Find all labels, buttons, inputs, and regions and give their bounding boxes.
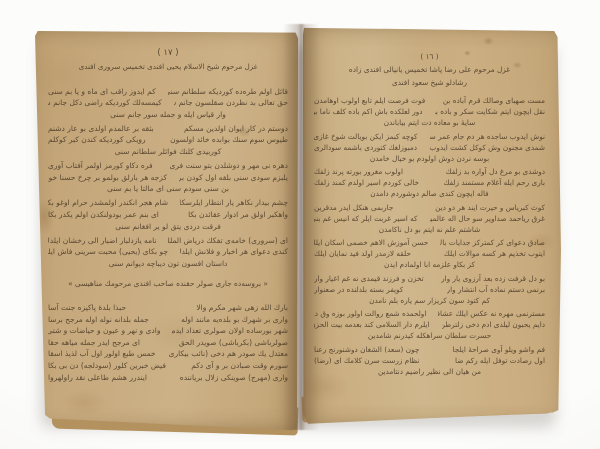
tahmis-stanza: کوث کبریاس و حیرت ایند هر دو دینجاربمی ه… [314,202,545,235]
verse-center-line: من هیان الی نظیر راضیم دنتامدین [314,366,545,377]
hemistich: شمدی مجنون وش کوکل کشت ایدوب مجازی [430,142,546,153]
tahmis-stanza: چشم بیدار نکاهر یار انتظار ایلرسکاشام هج… [48,197,288,232]
hemistich: جمله بلدانه نوله اوله مرجح برسا [48,314,149,326]
verse-center-line: داستان افسون تون دیباچه دیوانم سنی [48,258,288,270]
hemistich: کندی دعوای هر اخبار و فلانش ایلدك [180,246,288,258]
verse-couplet: برنمی دستم نماده آب انتشار وارکویفر بسته… [314,284,545,295]
hemistich: ای بنم عمر بودولنکدن اولم یکدر بکا [48,209,159,221]
poem-header-right-line1: غزل مرحوم علی رضا پاشا تخمیس یانیالی افن… [314,64,545,75]
verse-center-line: بوسه نردن دوش اولودم بو خیال خامدن [314,153,545,164]
verse-couplet: دهره نی مهر و دوشلدن بتو سنت فریفره دکاو… [48,160,288,172]
hemistich: دوستم در کار ایوان اولدین مسکم [184,123,288,135]
poem-header-left: غزل مرحوم شیخ الاسلام یحیی افندی تخمیس س… [48,61,288,73]
hemistich: شام هجر انکندر اولمشدر حرام اوغو بکا [48,197,168,209]
verse-couplet: مست صهبای وصالك قرم آباده بنفوت فرصت ایل… [314,95,545,106]
verse-couplet: مسترنمی مهره نه عکس ایلك عشاقدناولحمده ش… [314,308,545,319]
verse-couplet: صولرباشی (بکرباشی) صویدر الحقای مرجح اید… [48,337,288,349]
verse-couplet: طیوس سوم سنك بوابده خائد اولسون تمرویکی … [48,134,288,146]
verse-couplet: دوستم در کار ایوان اولدین مسکمبثقه بر عا… [48,123,288,135]
hemistich: بو دل قرفت زده بعد آرزوی یار وار [441,273,545,284]
verse-center-line: شاشتم علم نه ایتم بو دل ناکامدن [314,224,545,235]
hemistich: اولوب مغرور بورته پرند زلفك [314,166,403,177]
verse-couplet: بارك الله زهی شهر مکرم والاحبذا بلدهٔ پا… [48,302,288,314]
hemistich: فیض خبرین کلور (سودلجه) دن بی بکا [48,360,166,372]
hemistich: تخزن و فرزند قیمدی نه غم اغیار وار [314,273,424,284]
hemistich: صولرباشی (بکرباشی) صویدر الحق [179,337,288,349]
hemistich: حق تعالی بد نظردن صقلسون جانم سنی [174,97,288,109]
poem-tahmis-ali-riza: مست صهبای وصالك قرم آباده بنفوت فرصت ایل… [314,95,545,377]
hemistich: دور لعلکده باش اکم باده کلف ناما بن [314,106,423,117]
hemistich: نظام زرست سرن کلامك ای (رضا) [314,355,419,366]
verse-couplet: شمدی مجنون وش کوکل کشت ایدوب مجازیدمبوزل… [314,142,545,153]
verse-couplet: واری (مهرج) صوینکی زلال بریانندهایندرر ه… [48,372,288,384]
verse-center-line: وار قیاس ایله و جمله سور جانم سنی [48,109,288,121]
verse-couplet: واری بر شهرك بو بلده‌یه مانند اولهجمله ب… [48,314,288,326]
verse-center-line: بن سنی سودم سنی ای مالتا یا بم سنی [48,183,288,195]
hemistich: فره دکاو کورمز اولمر آفتاب آوری [48,160,153,172]
left-page-text: ( ١٧ ) غزل مرحوم شیخ الاسلام یحیی افندی … [48,27,288,383]
hemistich: کوچه کبمز ایکن بویالت شوخ غازی [314,131,418,142]
hemistich: نوش ایدوب ساجده هر دم جام عمر سازی [430,131,546,142]
hemistich: رویکی کوردیکه کندن کبر کوکلم [48,134,146,146]
tahmis-stanza: مست صهبای وصالك قرم آباده بنفوت فرصت ایل… [314,95,545,128]
hemistich: حلقه لازمدر اولد فید نمایان ایلك [314,248,411,259]
page-number-17: ( ١٧ ) [48,47,288,59]
hemistich: بارك الله زهی شهر مکرم والا [196,302,288,314]
hemistich: ای (سروری) خامه‌ی تفکك دریاض الملك [168,235,288,247]
hemistich: کیمسه‌لك کوردیکه راضی دکل جانم سنی [48,97,162,109]
verse-couplet: ایتوب تخذیم هر کسه موالات ایلكحلقه لازمد… [314,248,545,259]
hemistich: وادی و نهر و عیون و حیاضات و شتی [48,325,160,337]
poem-bursa-waters: بارك الله زهی شهر مکرم والاحبذا بلدهٔ پا… [48,302,288,383]
hemistich: چشم بیدار نکاهر یار انتظار ایلرسکا [180,197,288,209]
hemistich: خمس طبع اولور اول آب لذیذ اسقا [48,348,156,360]
verse-couplet: نقل ایچون ایتم شکایت سکر و باده بندور لع… [314,106,545,117]
verse-couplet: غرق ریاحمد صداویر سو حال اله عالمینکه اس… [314,213,545,224]
hemistich: مسترنمی مهره نه عکس ایلك عشاقدن [438,308,545,319]
hemistich: غرق ریاحمد صداویر سو حال اله عالمین [430,213,546,224]
tahmis-stanza: بو دل قرفت زده بعد آرزوی یار وارتخزن و ف… [314,273,545,306]
hemistich: خالی کوردم اسیر اولدم کمند زلفك [314,177,419,188]
hemistich: ایلرم دار السلامی کند بعدمه بیت الحزن [314,319,430,330]
page-number-16: ( ١٦ ) [314,51,545,62]
verse-center-line: حسرت سلطان سراهکله کیدرنم شامدین [314,330,545,341]
section-divider: « بروسه‌ده جاری صولر حقنده صاحب افندی مر… [48,278,288,290]
hemistich: اولحمده شمع روالت اولور بوزه وق دوزن [314,308,426,319]
tahmis-stanza: نوش ایدوب ساجده هر دم جام عمر سازیکوچه ک… [314,131,545,164]
hemistich: یلبزم سودی سنی بلقه اول کودن بری [179,172,288,184]
hemistich: بثقه بر عالمدم اولدی بو عار دشنم [48,123,154,135]
tahmis-stanza: دوشدی بو مرغ دل آواره بد زلفكاولوب مغرور… [314,166,545,199]
hemistich: شهر بورساده اولان صولری تعداد ایدم [172,325,288,337]
hemistich: کزجه هر بارلق بولمو بر چرخ حسنا خوبی [48,172,167,184]
verse-couplet: قائل اولم طره‌ده کوردیکه سلطانم سنیکم ای… [48,86,288,98]
hemistich: کوث کبریاس و حیرت ایند هر دو دین [435,202,545,213]
verse-center-line: سایهٔ بو معاده دت ایتم بیاباندن [314,117,545,128]
hemistich: حبذا بلدهٔ پاکیزه جنت آسا [48,302,126,314]
hemistich: اول رصادت توفل ایله رکم ضا [455,355,545,366]
hemistich: چون (سعد) الشغان دوشنورنج رعنا [314,344,419,355]
hemistich: واری بر شهرك بو بلده‌یه مانند اوله [181,314,288,326]
verse-couplet: ای (سروری) خامه‌ی تفکك دریاض الملكنامه ی… [48,235,288,247]
verse-couplet: کوث کبریاس و حیرت ایند هر دو دینجاربمی ه… [314,202,545,213]
hemistich: واری (مهرج) صوینکی زلال بریاننده [180,372,288,384]
right-page: ( ١٦ ) غزل مرحوم علی رضا پاشا تخمیس یانی… [299,25,562,427]
verse-center-line: کوربیدی کلنك فوائلر سلطانم سنی [48,146,288,158]
verse-center-line: کم کتود سون کریزار سم یاره بلم نامدن [314,295,545,306]
hemistich: نقل ایچون ایتم شکایت سکر و باده بن [435,106,545,117]
hemistich: کویفر بسته بلدلنده در صعنوار [314,284,403,295]
tahmis-stanza: صادق دعوای کر کمترکز جدایات باكحسن آموزش… [314,237,545,270]
verse-couplet: چشم بیدار نکاهر یار انتظار ایلرسکاشام هج… [48,197,288,209]
hemistich: ایندرر هشم طاعلی نقد راولهروا [48,372,147,384]
hemistich: مست صهبای وصالك قرم آباده بن [443,95,545,106]
hemistich: دمبوزلغك کتوردی باشمه سودالری [314,142,417,153]
verse-couplet: کندی دعوای هر اخبار و فلانش ایلدكچو بکای… [48,246,288,258]
hemistich: سورم وقت صبادن بر و آی دکم [191,360,288,372]
verse-couplet: باری رحم ایله آغلام مستمند زلفكخالی کورد… [314,177,545,188]
verse-couplet: حق تعالی بد نظردن صقلسون جانم سنیکیمسه‌ل… [48,97,288,109]
verse-couplet: معتدل یك صودر هم دخی (نائب بیکاری)خمس طب… [48,348,288,360]
hemistich: ای مرجح ایدر جمله میاهه حقا [48,337,140,349]
verse-center-line: فاله ایچون کندی صالم دوشوردم دامدن [314,188,545,199]
hemistich: ایتوب تخذیم هر کسه موالات ایلك [444,248,545,259]
hemistich: کم ایدوز راقب ای ماه و یا بم سنی [48,86,156,98]
verse-couplet: یلبزم سودی سنی بلقه اول کودن بریکزجه هر … [48,172,288,184]
hemistich: دوشدی بو مرغ دل آواره بد زلفك [446,166,545,177]
hemistich: جاربمی هنکل ایدر مدقرین [314,202,393,213]
verse-couplet: دوشدی بو مرغ دل آواره بد زلفكاولوب مغرور… [314,166,545,177]
verse-couplet: اول رصادت توفل ایله رکم ضانظام زرست سرن … [314,355,545,366]
verse-couplet: واهکبر اولق مر ادوار عقائدن بکاای بنم عم… [48,209,288,221]
hemistich: حسن آموزش الاهم خصمی اسکان ایلك [314,237,428,248]
tahmis-stanza: دهره نی مهر و دوشلدن بتو سنت فریفره دکاو… [48,160,288,195]
hemistich: برنمی دستم نماده آب انتشار وار [447,284,545,295]
tahmis-stanza: ای (سروری) خامه‌ی تفکك دریاض الملكنامه ی… [48,235,288,270]
verse-couplet: فم واشو ویلو آوی صراحهٔ ایلجاچون (سعد) ا… [314,344,545,355]
verse-couplet: صادق دعوای کر کمترکز جدایات باكحسن آموزش… [314,237,545,248]
verse-couplet: سورم وقت صبادن بر و آی دکمفیض خبرین کلور… [48,360,288,372]
hemistich: صادق دعوای کر کمترکز جدایات باك [440,237,545,248]
verse-center-line: فرقت دردی یتق لو یر افغانم سنی [48,221,288,233]
hemistich: طیوس سوم سنك بوابده خائد اولسون تم [168,134,288,146]
right-page-text: ( ١٦ ) غزل مرحوم علی رضا پاشا تخمیس یانی… [314,25,545,377]
tahmis-stanza: قائل اولم طره‌ده کوردیکه سلطانم سنیکم ای… [48,86,288,121]
hemistich: باری رحم ایله آغلام مستمند زلفك [443,177,545,188]
tahmis-stanza: فم واشو ویلو آوی صراحهٔ ایلجاچون (سعد) ا… [314,344,545,377]
verse-couplet: بو دل قرفت زده بعد آرزوی یار وارتخزن و ف… [314,273,545,284]
photo-background: ( ١٧ ) غزل مرحوم شیخ الاسلام یحیی افندی … [0,0,600,449]
hemistich: چو بکای (یحیی) محبت سرینی فاش ایلدك [48,246,168,258]
tahmis-stanza: دوستم در کار ایوان اولدین مسکمبثقه بر عا… [48,123,288,158]
verse-couplet: شهر بورساده اولان صولری تعداد ایدموادی و… [48,325,288,337]
poem-tahmis-yahya: قائل اولم طره‌ده کوردیکه سلطانم سنیکم ای… [48,86,288,270]
tahmis-stanza: مسترنمی مهره نه عکس ایلك عشاقدناولحمده ش… [314,308,545,341]
hemistich: دهره نی مهر و دوشلدن بتو سنت فری [169,160,288,172]
hemistich: فوت فرصت ایلم تابع اولوب اوهامدن [314,95,425,106]
hemistich: نامه یازدلبار اضبار الی رخشان ایلدك [48,235,156,247]
hemistich: واهکبر اولق مر ادوار عقائدن بکا [188,209,288,221]
hemistich: دایم یحبون لیلدی ادم دخی زلترطن [442,319,546,330]
hemistich: که اسیر غربت ایلر که انیس غم بنی [314,213,418,224]
hemistich: معتدل یك صودر هم دخی (نائب بیکاری) [168,348,288,360]
poem-header-right-line2: رشادلو شیخ سعود افندی [314,77,545,88]
left-page: ( ١٧ ) غزل مرحوم شیخ الاسلام یحیی افندی … [31,27,301,431]
hemistich: قائل اولم طره‌ده کوردیکه سلطانم سنی [168,86,288,98]
verse-couplet: نوش ایدوب ساجده هر دم جام عمر سازیکوچه ک… [314,131,545,142]
verse-couplet: دایم یحبون لیلدی ادم دخی زلترطنایلرم دار… [314,319,545,330]
hemistich: فم واشو ویلو آوی صراحهٔ ایلجا [453,344,545,355]
verse-center-line: کز بکاو علزمه ابا اولمادم ایدن [314,259,545,270]
